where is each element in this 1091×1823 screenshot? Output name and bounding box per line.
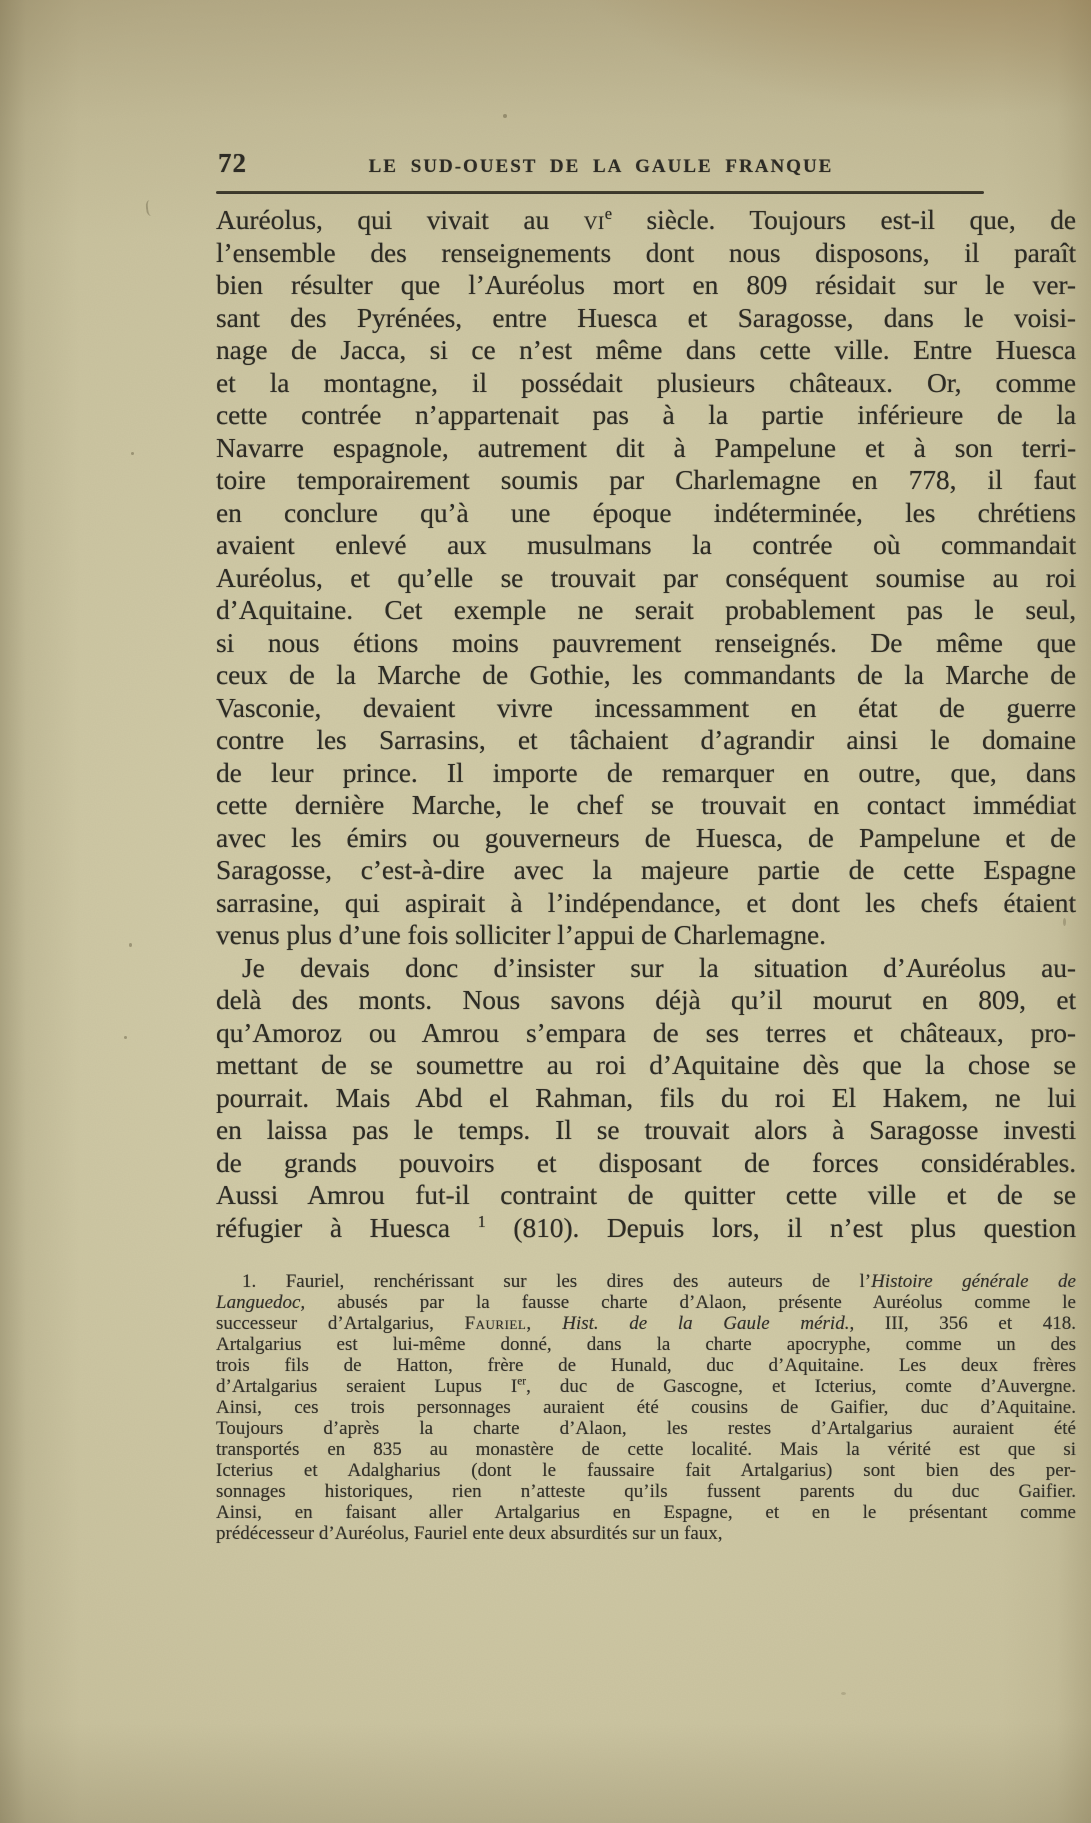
main-body-text: Auréolus, qui vivait au vie siècle. Touj… xyxy=(216,204,1076,1244)
body-line: réfugier à Huesca 1 (810). Depuis lors, … xyxy=(216,1212,1076,1245)
footnote-line: transportés en 835 au monastère de cette… xyxy=(216,1439,1076,1460)
ordinal-superscript: er xyxy=(517,1376,526,1388)
body-line: en conclure qu’à une époque indéterminée… xyxy=(216,497,1076,530)
body-line: delà des monts. Nous savons déjà qu’il m… xyxy=(216,984,1076,1017)
footnote-line: Icterius et Adalgharius (dont le faussai… xyxy=(216,1460,1076,1481)
body-line: Navarre espagnole, autrement dit à Pampe… xyxy=(216,432,1076,465)
book-title-italic: Histoire générale de xyxy=(871,1271,1076,1292)
scan-speck xyxy=(129,943,132,947)
body-line: de grands pouvoirs et disposant de force… xyxy=(216,1147,1076,1180)
body-line: en laissa pas le temps. Il se trouvait a… xyxy=(216,1114,1076,1147)
scan-speck xyxy=(503,114,507,118)
body-line: contre les Sarrasins, et tâchaient d’agr… xyxy=(216,724,1076,757)
footnote-reference-mark: 1 xyxy=(478,1211,486,1230)
footnote-line: Languedoc, abusés par la fausse charte d… xyxy=(216,1292,1076,1313)
body-line-segment: (810). Depuis lors, il n’est plus questi… xyxy=(486,1212,1076,1243)
body-line: sarrasine, qui aspirait à l’indépendance… xyxy=(216,887,1076,920)
footnote-line: trois fils de Hatton, frère de Hunald, d… xyxy=(216,1355,1076,1376)
body-line: toire temporairement soumis par Charlema… xyxy=(216,464,1076,497)
footnote-line: Ainsi, en faisant aller Artalgarius en E… xyxy=(216,1502,1076,1523)
footnote-last-line: prédécesseur d’Auréolus, Fauriel ente de… xyxy=(216,1523,1076,1544)
body-line: l’ensemble des renseignements dont nous … xyxy=(216,237,1076,270)
body-line: bien résulter que l’Auréolus mort en 809… xyxy=(216,269,1076,302)
body-line: cette contrée n’appartenait pas à la par… xyxy=(216,399,1076,432)
footnote-block: 1. Fauriel, renchérissant sur les dires … xyxy=(216,1271,1076,1544)
footnote-line: 1. Fauriel, renchérissant sur les dires … xyxy=(216,1271,1076,1292)
header-rule xyxy=(216,191,984,194)
footnote-line: d’Artalgarius seraient Lupus Ier, duc de… xyxy=(216,1376,1076,1397)
body-line: d’Aquitaine. Cet exemple ne serait proba… xyxy=(216,594,1076,627)
book-title-italic: Languedoc, xyxy=(216,1292,305,1313)
body-line: mettant de se soumettre au roi d’Aquitai… xyxy=(216,1049,1076,1082)
author-smallcaps: Fauriel, xyxy=(465,1313,532,1334)
book-title-italic: Hist. de la Gaule mérid. xyxy=(562,1313,849,1334)
body-line: nage de Jacca, si ce n’est même dans cet… xyxy=(216,334,1076,367)
book-page-scan: 72 LE SUD-OUEST DE LA GAULE FRANQUE Auré… xyxy=(0,0,1091,1823)
roman-numeral-smallcaps: vi xyxy=(584,204,605,235)
body-line: Auréolus, qui vivait au vie siècle. Touj… xyxy=(216,204,1076,237)
footnote-segment xyxy=(532,1313,563,1334)
footnote-line: Toujours d’après la charte d’Alaon, les … xyxy=(216,1418,1076,1439)
body-line: de leur prince. Il importe de remarquer … xyxy=(216,757,1076,790)
paragraph-last-line: venus plus d’une fois solliciter l’appui… xyxy=(216,919,1076,952)
scan-speck xyxy=(841,1692,846,1695)
footnote-segment: abusés par la fausse charte d’Alaon, pré… xyxy=(305,1292,1076,1313)
footnote-segment: , III, 356 et 418. xyxy=(849,1313,1076,1334)
body-line-segment: réfugier à Huesca xyxy=(216,1212,478,1243)
body-line-segment: siècle. Toujours est-il que, de xyxy=(612,204,1076,235)
footnote-line: Ainsi, ces trois personnages auraient ét… xyxy=(216,1397,1076,1418)
body-line: Aussi Amrou fut-il contraint de quitter … xyxy=(216,1179,1076,1212)
scan-speck xyxy=(131,452,134,455)
body-line: si nous étions moins pauvrement renseign… xyxy=(216,627,1076,660)
footnote-segment: , duc de Gascogne, et Icterius, comte d’… xyxy=(526,1376,1076,1397)
scan-artifact-mark xyxy=(145,200,156,217)
body-line: Vasconie, devaient vivre incessamment en… xyxy=(216,692,1076,725)
body-line: qu’Amoroz ou Amrou s’empara de ses terre… xyxy=(216,1017,1076,1050)
running-header-title: LE SUD-OUEST DE LA GAULE FRANQUE xyxy=(216,156,986,178)
footnote-line: Artalgarius est lui-même donné, dans la … xyxy=(216,1334,1076,1355)
footnote-segment: successeur d’Artalgarius, xyxy=(216,1313,465,1334)
scan-speck xyxy=(124,1036,127,1039)
body-line: pourrait. Mais Abd el Rahman, fils du ro… xyxy=(216,1082,1076,1115)
body-line: et la montagne, il possédait plusieurs c… xyxy=(216,367,1076,400)
footnote-segment: 1. Fauriel, renchérissant sur les dires … xyxy=(242,1271,871,1292)
paragraph-first-line: Je devais donc d’insister sur la situati… xyxy=(216,952,1076,985)
body-line: ceux de la Marche de Gothie, les command… xyxy=(216,659,1076,692)
body-line: cette dernière Marche, le chef se trouva… xyxy=(216,789,1076,822)
body-line-segment: Auréolus, qui vivait au xyxy=(216,204,584,235)
ordinal-superscript: e xyxy=(605,204,612,223)
body-line: Saragosse, c’est-à-dire avec la majeure … xyxy=(216,854,1076,887)
footnote-segment: d’Artalgarius seraient Lupus I xyxy=(216,1376,517,1397)
body-line: avec les émirs ou gouverneurs de Huesca,… xyxy=(216,822,1076,855)
footnote-line: successeur d’Artalgarius, Fauriel, Hist.… xyxy=(216,1313,1076,1334)
body-line: avaient enlevé aux musulmans la contrée … xyxy=(216,529,1076,562)
body-line: sant des Pyrénées, entre Huesca et Sarag… xyxy=(216,302,1076,335)
footnote-line: sonnages historiques, rien n’atteste qu’… xyxy=(216,1481,1076,1502)
body-line: Auréolus, et qu’elle se trouvait par con… xyxy=(216,562,1076,595)
